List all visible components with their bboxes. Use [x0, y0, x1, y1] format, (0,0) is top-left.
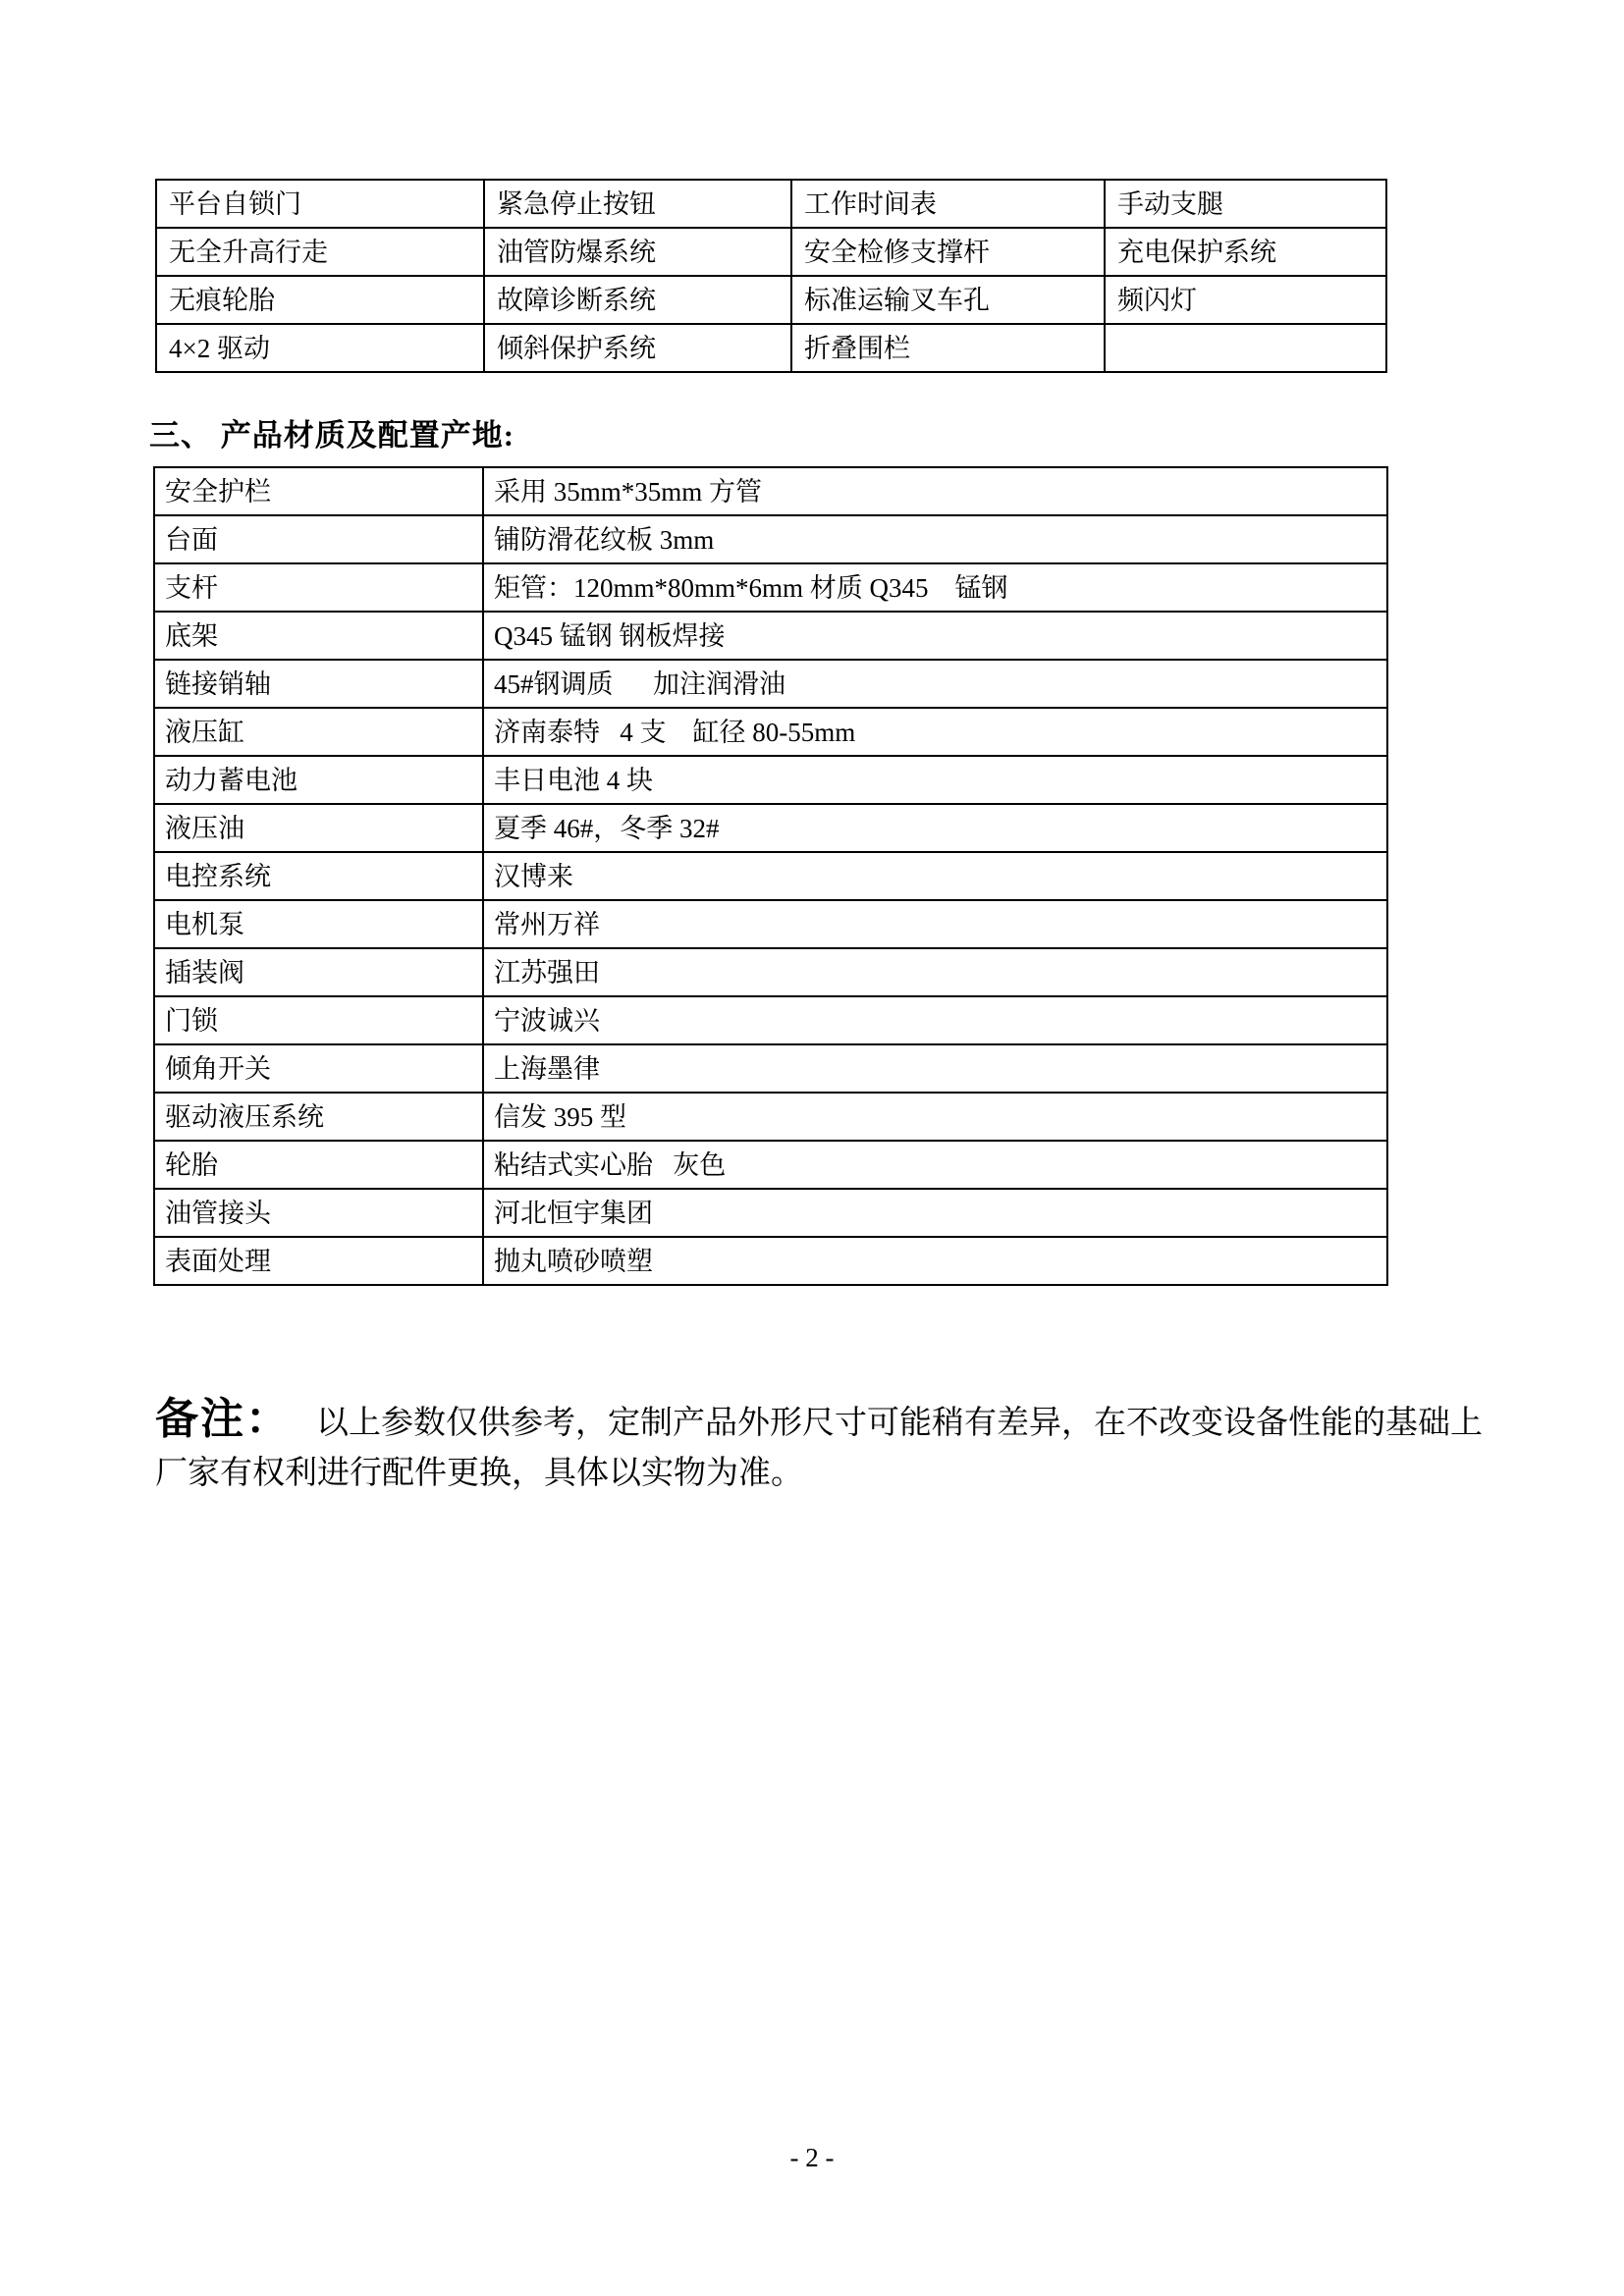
spec-label-cell: 轮胎 [154, 1141, 483, 1189]
spec-value-cell: 济南泰特 4 支 缸径 80-55mm [483, 708, 1387, 756]
feature-cell: 折叠围栏 [791, 324, 1105, 372]
feature-cell: 紧急停止按钮 [484, 180, 791, 228]
section-heading: 三、 产品材质及配置产地: [149, 416, 514, 455]
features-table: 平台自锁门 紧急停止按钮 工作时间表 手动支腿 无全升高行走 油管防爆系统 安全… [155, 179, 1387, 373]
table-row: 4×2 驱动 倾斜保护系统 折叠围栏 [156, 324, 1386, 372]
spec-value-cell: 夏季 46#，冬季 32# [483, 804, 1387, 852]
note-paragraph: 备注：以上参数仅供参考，定制产品外形尺寸可能稍有差异，在不改变设备性能的基础上厂… [155, 1394, 1490, 1499]
spec-value-cell: 上海墨律 [483, 1044, 1387, 1093]
table-row: 倾角开关 上海墨律 [154, 1044, 1387, 1093]
note-label: 备注： [155, 1395, 291, 1443]
spec-label-cell: 链接销轴 [154, 660, 483, 708]
feature-cell: 平台自锁门 [156, 180, 484, 228]
spec-value-cell: 汉博来 [483, 852, 1387, 900]
spec-label-cell: 液压油 [154, 804, 483, 852]
table-row: 液压油 夏季 46#，冬季 32# [154, 804, 1387, 852]
spec-value-cell: 铺防滑花纹板 3mm [483, 515, 1387, 563]
spec-value-cell: 矩管：120mm*80mm*6mm 材质 Q345 锰钢 [483, 563, 1387, 612]
spec-label-cell: 支杆 [154, 563, 483, 612]
spec-label-cell: 台面 [154, 515, 483, 563]
feature-cell [1105, 324, 1386, 372]
spec-value-cell: 采用 35mm*35mm 方管 [483, 467, 1387, 515]
document-page: 平台自锁门 紧急停止按钮 工作时间表 手动支腿 无全升高行走 油管防爆系统 安全… [0, 0, 1624, 2296]
spec-label-cell: 电机泵 [154, 900, 483, 948]
table-row: 电机泵 常州万祥 [154, 900, 1387, 948]
feature-cell: 4×2 驱动 [156, 324, 484, 372]
table-row: 底架 Q345 锰钢 钢板焊接 [154, 612, 1387, 660]
spec-value-cell: 江苏强田 [483, 948, 1387, 996]
spec-label-cell: 插装阀 [154, 948, 483, 996]
spec-value-cell: 45#钢调质 加注润滑油 [483, 660, 1387, 708]
page-number: - 2 - [0, 2142, 1624, 2173]
table-row: 支杆 矩管：120mm*80mm*6mm 材质 Q345 锰钢 [154, 563, 1387, 612]
table-row: 平台自锁门 紧急停止按钮 工作时间表 手动支腿 [156, 180, 1386, 228]
spec-value-cell: 抛丸喷砂喷塑 [483, 1237, 1387, 1285]
table-row: 轮胎 粘结式实心胎 灰色 [154, 1141, 1387, 1189]
spec-label-cell: 倾角开关 [154, 1044, 483, 1093]
table-row: 无痕轮胎 故障诊断系统 标准运输叉车孔 频闪灯 [156, 276, 1386, 324]
spec-value-cell: 宁波诚兴 [483, 996, 1387, 1044]
spec-value-cell: Q345 锰钢 钢板焊接 [483, 612, 1387, 660]
spec-label-cell: 油管接头 [154, 1189, 483, 1237]
table-row: 门锁 宁波诚兴 [154, 996, 1387, 1044]
feature-cell: 频闪灯 [1105, 276, 1386, 324]
spec-value-cell: 常州万祥 [483, 900, 1387, 948]
feature-cell: 充电保护系统 [1105, 228, 1386, 276]
table-row: 无全升高行走 油管防爆系统 安全检修支撑杆 充电保护系统 [156, 228, 1386, 276]
table-row: 台面 铺防滑花纹板 3mm [154, 515, 1387, 563]
table-row: 链接销轴 45#钢调质 加注润滑油 [154, 660, 1387, 708]
table-row: 表面处理 抛丸喷砂喷塑 [154, 1237, 1387, 1285]
spec-label-cell: 安全护栏 [154, 467, 483, 515]
materials-table: 安全护栏 采用 35mm*35mm 方管 台面 铺防滑花纹板 3mm 支杆 矩管… [153, 466, 1388, 1286]
table-row: 电控系统 汉博来 [154, 852, 1387, 900]
table-row: 液压缸 济南泰特 4 支 缸径 80-55mm [154, 708, 1387, 756]
feature-cell: 无痕轮胎 [156, 276, 484, 324]
spec-label-cell: 电控系统 [154, 852, 483, 900]
spec-label-cell: 底架 [154, 612, 483, 660]
feature-cell: 故障诊断系统 [484, 276, 791, 324]
table-row: 动力蓄电池 丰日电池 4 块 [154, 756, 1387, 804]
spec-label-cell: 驱动液压系统 [154, 1093, 483, 1141]
feature-cell: 手动支腿 [1105, 180, 1386, 228]
table-row: 油管接头 河北恒宇集团 [154, 1189, 1387, 1237]
note-text: 以上参数仅供参考，定制产品外形尺寸可能稍有差异，在不改变设备性能的基础上厂家有权… [155, 1406, 1483, 1491]
feature-cell: 安全检修支撑杆 [791, 228, 1105, 276]
spec-value-cell: 丰日电池 4 块 [483, 756, 1387, 804]
spec-label-cell: 动力蓄电池 [154, 756, 483, 804]
feature-cell: 倾斜保护系统 [484, 324, 791, 372]
spec-value-cell: 河北恒宇集团 [483, 1189, 1387, 1237]
spec-value-cell: 信发 395 型 [483, 1093, 1387, 1141]
feature-cell: 标准运输叉车孔 [791, 276, 1105, 324]
table-row: 插装阀 江苏强田 [154, 948, 1387, 996]
spec-label-cell: 液压缸 [154, 708, 483, 756]
feature-cell: 无全升高行走 [156, 228, 484, 276]
spec-label-cell: 表面处理 [154, 1237, 483, 1285]
spec-label-cell: 门锁 [154, 996, 483, 1044]
table-row: 安全护栏 采用 35mm*35mm 方管 [154, 467, 1387, 515]
table-row: 驱动液压系统 信发 395 型 [154, 1093, 1387, 1141]
feature-cell: 工作时间表 [791, 180, 1105, 228]
spec-value-cell: 粘结式实心胎 灰色 [483, 1141, 1387, 1189]
feature-cell: 油管防爆系统 [484, 228, 791, 276]
